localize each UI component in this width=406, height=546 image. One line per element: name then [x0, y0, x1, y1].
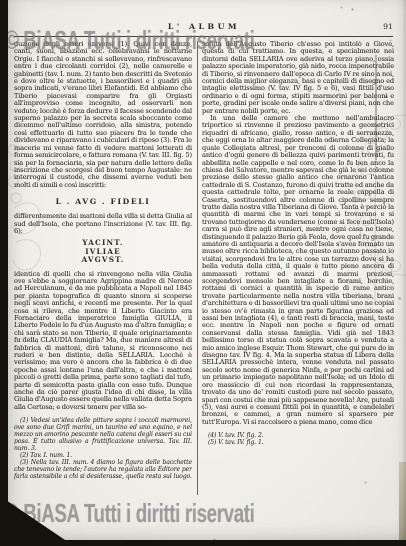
scan-speckles [0, 0, 1, 1]
footnote: (3) Nella tav. III. num. 4 diamo la figu… [14, 460, 192, 481]
left-column: duzione degli esseri universi (1). Quivi… [14, 41, 192, 503]
brick-inscription: YACINT. IVLIAE AVGVST. [14, 239, 192, 264]
paragraph: In una delle camere che mettono nell'amb… [202, 115, 394, 426]
page-number: 91 [383, 22, 393, 31]
right-column: soluta dell'Augusto Tiberio ch'esso poi … [202, 41, 394, 503]
brick-stamp-heading: L . AVG . FIDELI [14, 197, 192, 206]
footnotes-left: (1) Vedesi un'idea delle pitture sopra i… [14, 418, 192, 480]
watermark-bottom: © BiASA Tutti i diritti riservati [5, 498, 254, 529]
scan-edge-left [0, 0, 8, 546]
watermark-top: © BiASA Tutti i diritti riservati [5, 25, 254, 56]
footnotes-right: (4) V. tav. IV. fig. 2. (5) V. tav. IV. … [202, 433, 394, 447]
paragraph-continuation: duzione degli esseri universi (1). Quivi… [14, 41, 192, 189]
paragraph: identica di quelli che si rinvengono nel… [14, 271, 192, 412]
inscription-line: AVGVST. [14, 256, 192, 264]
footnote: (1) Vedesi un'idea delle pitture sopra i… [14, 418, 192, 453]
scanned-page: L' ALBUM 91 duzione degli esseri univers… [0, 0, 406, 546]
paragraph: differentemente dai mattoni della villa … [14, 213, 192, 235]
text-columns: duzione degli esseri universi (1). Quivi… [14, 41, 394, 503]
footnote: (5) V. tav. IV. fig. 1. [202, 440, 394, 447]
